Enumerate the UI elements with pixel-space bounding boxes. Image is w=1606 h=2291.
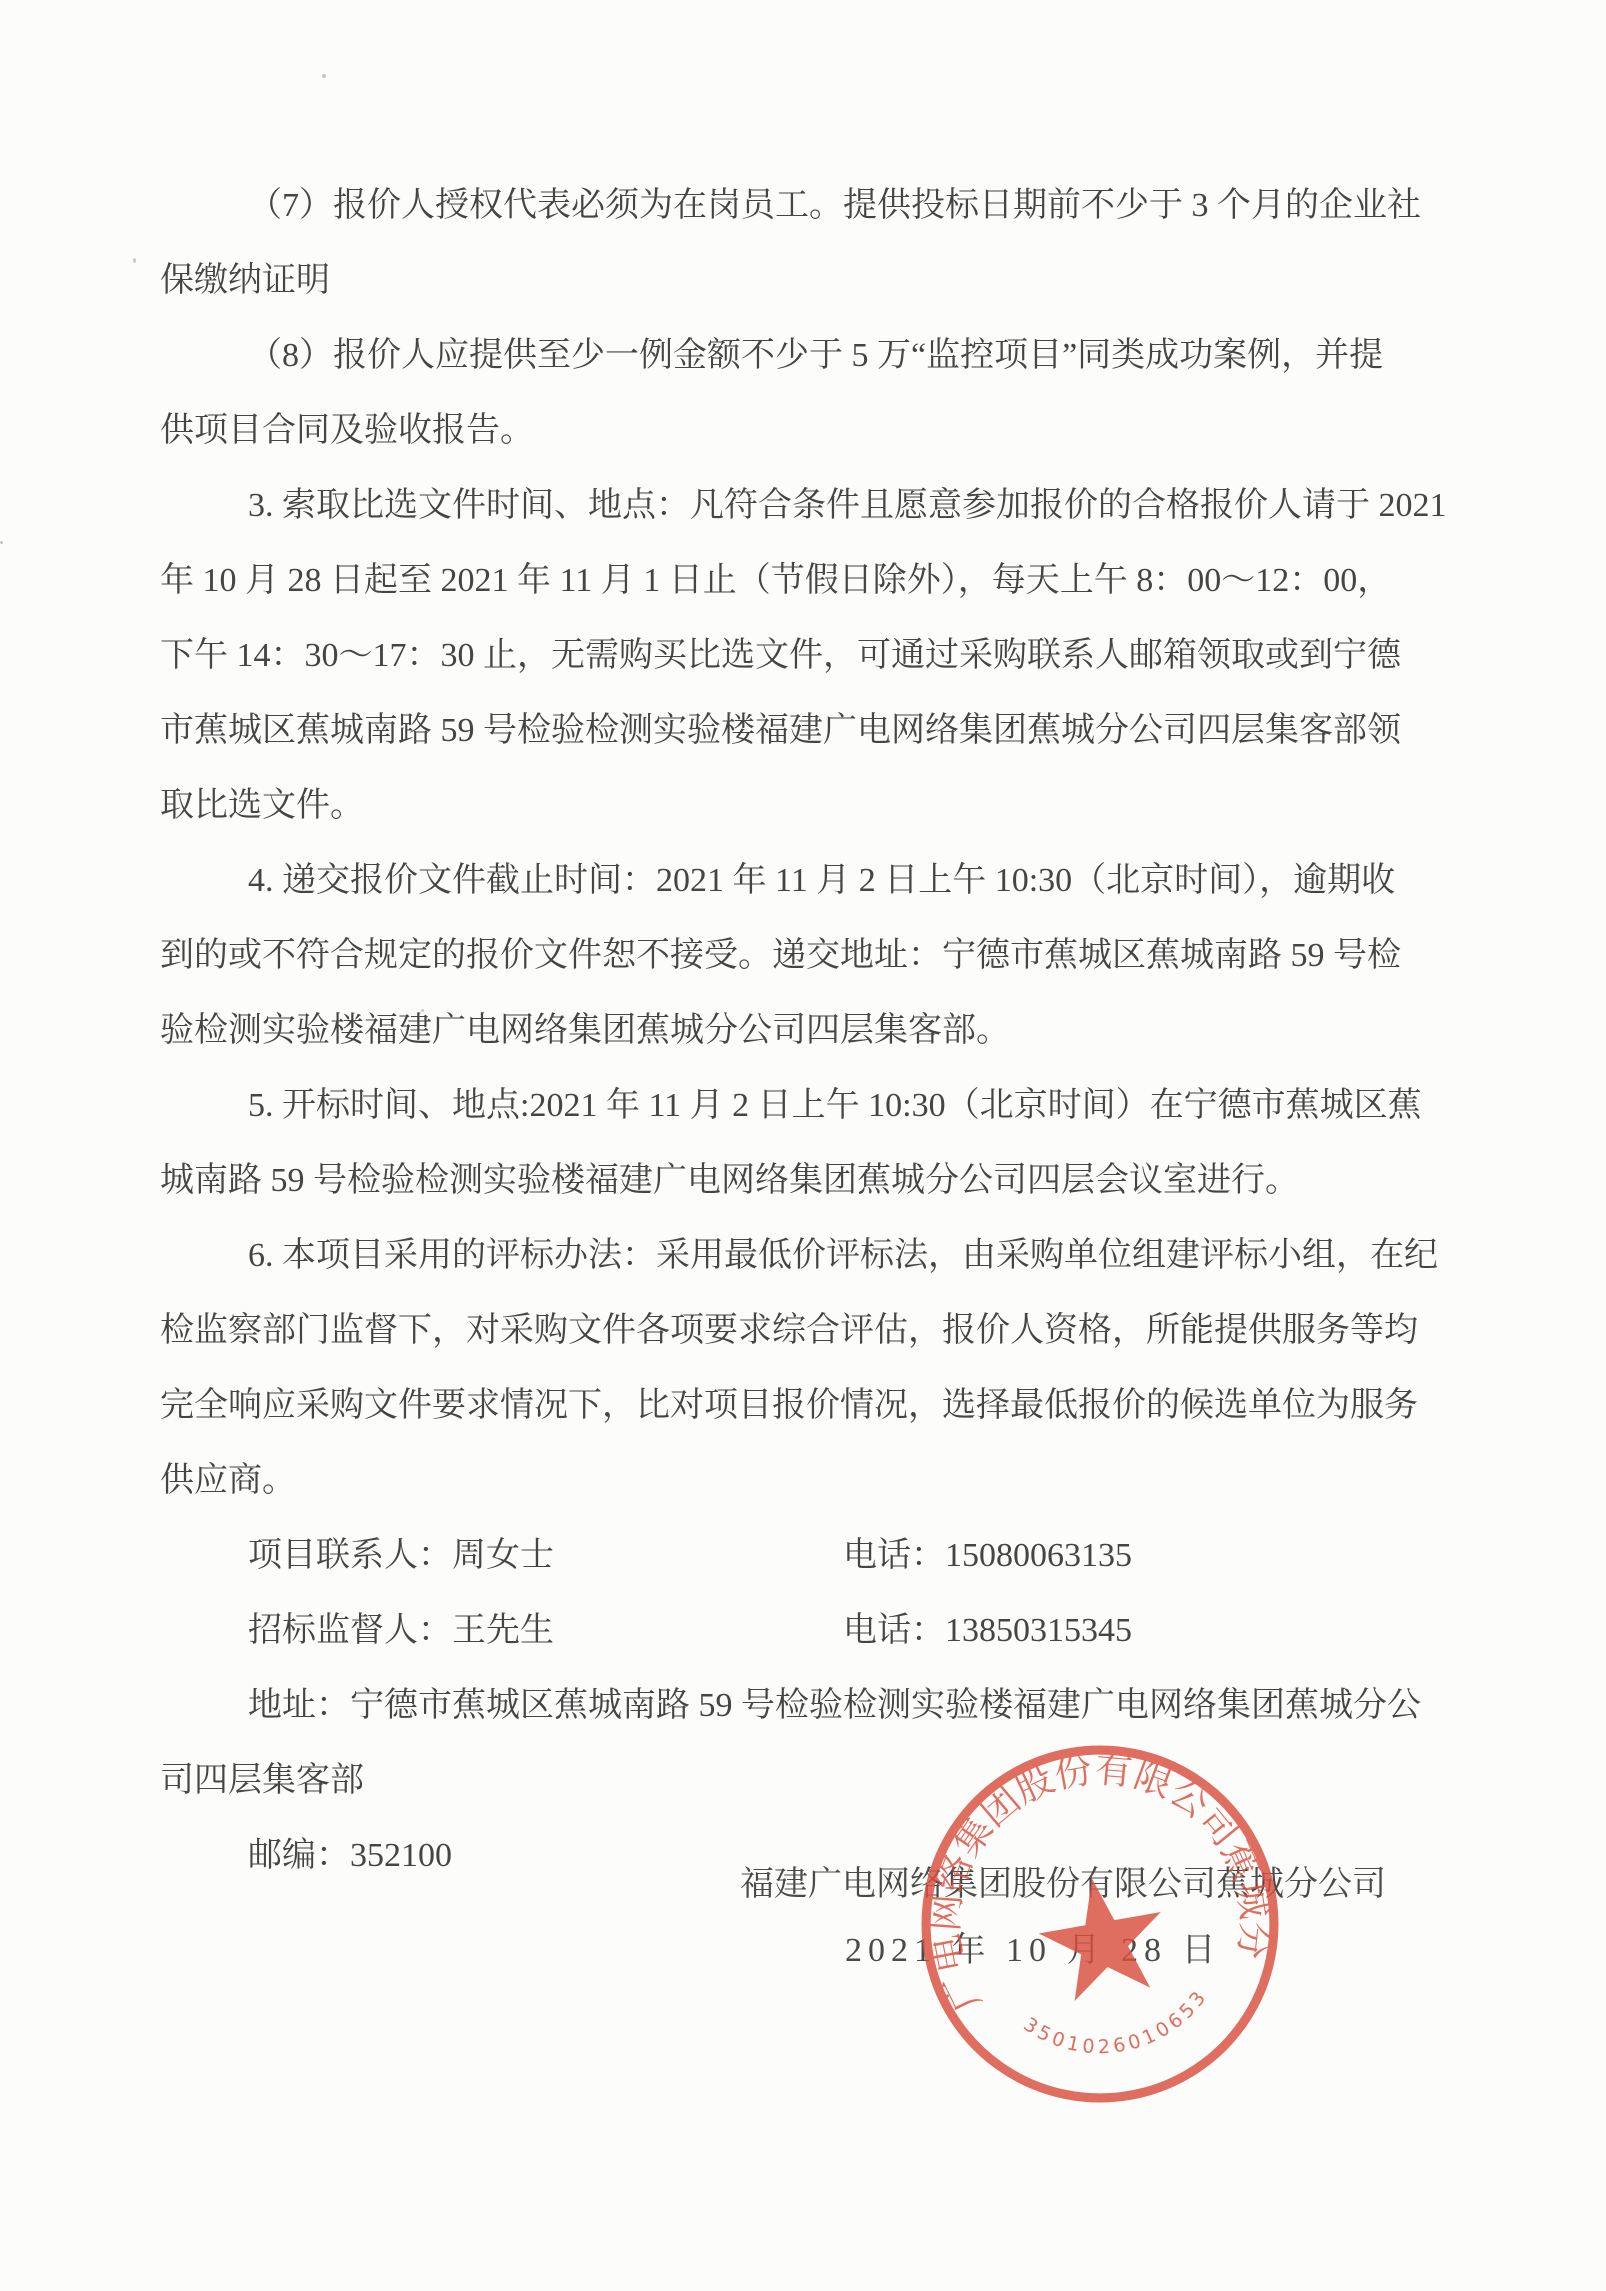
scanned-document-page: { "colors": { "ink": "#454545", "paper":… — [0, 0, 1606, 2291]
bid-supervisor-phone: 电话：13850315345 — [843, 1593, 1132, 1668]
doc-line: 市蕉城区蕉城南路 59 号检验检测实验楼福建广电网络集团蕉城分公司四层集客部领 — [160, 693, 1470, 768]
scan-speck — [133, 258, 136, 263]
doc-line: 6. 本项目采用的评标办法：采用最低价评标法，由采购单位组建评标小组，在纪 — [160, 1218, 1470, 1293]
doc-line: 完全响应采购文件要求情况下，比对项目报价情况，选择最低报价的候选单位为服务 — [160, 1368, 1470, 1443]
document-body: （7）报价人授权代表必须为在岗员工。提供投标日期前不少于 3 个月的企业社 保缴… — [160, 168, 1470, 1893]
doc-line: 检监察部门监督下，对采购文件各项要求综合评估，报价人资格，所能提供服务等均 — [160, 1293, 1470, 1368]
doc-line: （8）报价人应提供至少一例金额不少于 5 万“监控项目”同类成功案例，并提 — [160, 318, 1470, 393]
scan-speck — [0, 541, 3, 544]
doc-line: 年 10 月 28 日起至 2021 年 11 月 1 日止（节假日除外），每天… — [160, 543, 1470, 618]
bid-supervisor-label: 招标监督人：王先生 — [248, 1612, 554, 1649]
doc-line: 供项目合同及验收报告。 — [160, 393, 1470, 468]
address-line: 地址：宁德市蕉城区蕉城南路 59 号检验检测实验楼福建广电网络集团蕉城分公 — [160, 1668, 1470, 1743]
signature-date: 2021 年 10 月 28 日 — [845, 1922, 1222, 1971]
doc-line: 供应商。 — [160, 1443, 1470, 1518]
doc-line: 验检测实验楼福建广电网络集团蕉城分公司四层集客部。 — [160, 993, 1470, 1068]
doc-line: 取比选文件。 — [160, 768, 1470, 843]
project-contact-row: 项目联系人：周女士 电话：15080063135 — [160, 1518, 1470, 1593]
scan-speck — [322, 74, 326, 78]
doc-line: 5. 开标时间、地点:2021 年 11 月 2 日上午 10:30（北京时间）… — [160, 1068, 1470, 1143]
project-contact-label: 项目联系人：周女士 — [248, 1537, 554, 1574]
project-contact-phone: 电话：15080063135 — [843, 1518, 1132, 1593]
doc-line: 到的或不符合规定的报价文件恕不接受。递交地址：宁德市蕉城区蕉城南路 59 号检 — [160, 918, 1470, 993]
doc-line: 3. 索取比选文件时间、地点：凡符合条件且愿意参加报价的合格报价人请于 2021 — [160, 468, 1470, 543]
doc-line: （7）报价人授权代表必须为在岗员工。提供投标日期前不少于 3 个月的企业社 — [160, 168, 1470, 243]
doc-line: 保缴纳证明 — [160, 243, 1470, 318]
bid-supervisor-row: 招标监督人：王先生 电话：13850315345 — [160, 1593, 1470, 1668]
doc-line: 4. 递交报价文件截止时间：2021 年 11 月 2 日上午 10:30（北京… — [160, 843, 1470, 918]
signature-company-name: 福建广电网络集团股份有限公司蕉城分公司 — [740, 1856, 1386, 1905]
address-line: 司四层集客部 — [160, 1743, 1470, 1818]
stamp-serial-number: 3501026010653 — [1017, 1981, 1220, 2073]
doc-line: 下午 14：30～17：30 止，无需购买比选文件，可通过采购联系人邮箱领取或到… — [160, 618, 1470, 693]
scan-speck — [421, 1009, 424, 1012]
doc-line: 城南路 59 号检验检测实验楼福建广电网络集团蕉城分公司四层会议室进行。 — [160, 1143, 1470, 1218]
